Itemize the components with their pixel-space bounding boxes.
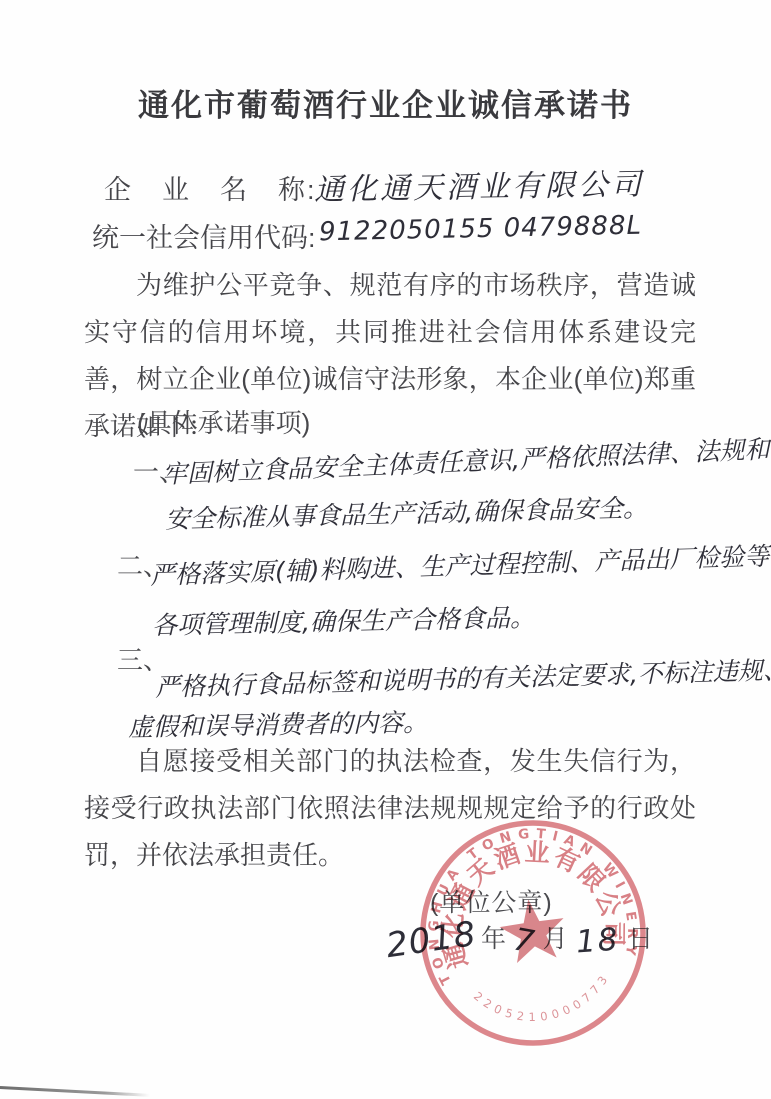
items-heading: (具体承诺事项) — [137, 403, 310, 440]
item-1-line-2-handwritten: 安全标准从事食品生产活动,确保食品安全。 — [165, 488, 649, 536]
company-name-value-handwritten: 通化通天酒业有限公司 — [314, 159, 645, 209]
credit-code-value-handwritten: 9122050155 0479888L — [319, 211, 643, 248]
company-name-label: 企 业 名 称: — [104, 175, 317, 205]
seal-star-icon — [496, 895, 569, 965]
item-3-line-1-handwritten: 严格执行食品标签和说明书的有关法定要求,不标注违规、 — [154, 650, 771, 704]
item-2-line-2-handwritten: 各项管理制度,确保生产合格食品。 — [152, 598, 536, 642]
document-title: 通化市葡萄酒行业企业诚信承诺书 — [0, 80, 771, 125]
credit-code-label: 统一社会信用代码: — [92, 223, 316, 253]
item-2-line-1-handwritten: 严格落实原(辅)料购进、生产过程控制、产品出厂检验等 — [149, 537, 769, 592]
credit-code-field: 统一社会信用代码: 9122050155 0479888L — [92, 216, 316, 255]
scan-artifact-line — [0, 1086, 150, 1096]
document-page: 通化市葡萄酒行业企业诚信承诺书 企 业 名 称: 通化通天酒业有限公司 统一社会… — [0, 0, 771, 1099]
company-seal-icon: TONGHUA TONGTIAN WINERY 通化通天酒业有限公司 22052… — [397, 797, 668, 1068]
company-name-field: 企 业 名 称: 通化通天酒业有限公司 — [104, 168, 317, 207]
